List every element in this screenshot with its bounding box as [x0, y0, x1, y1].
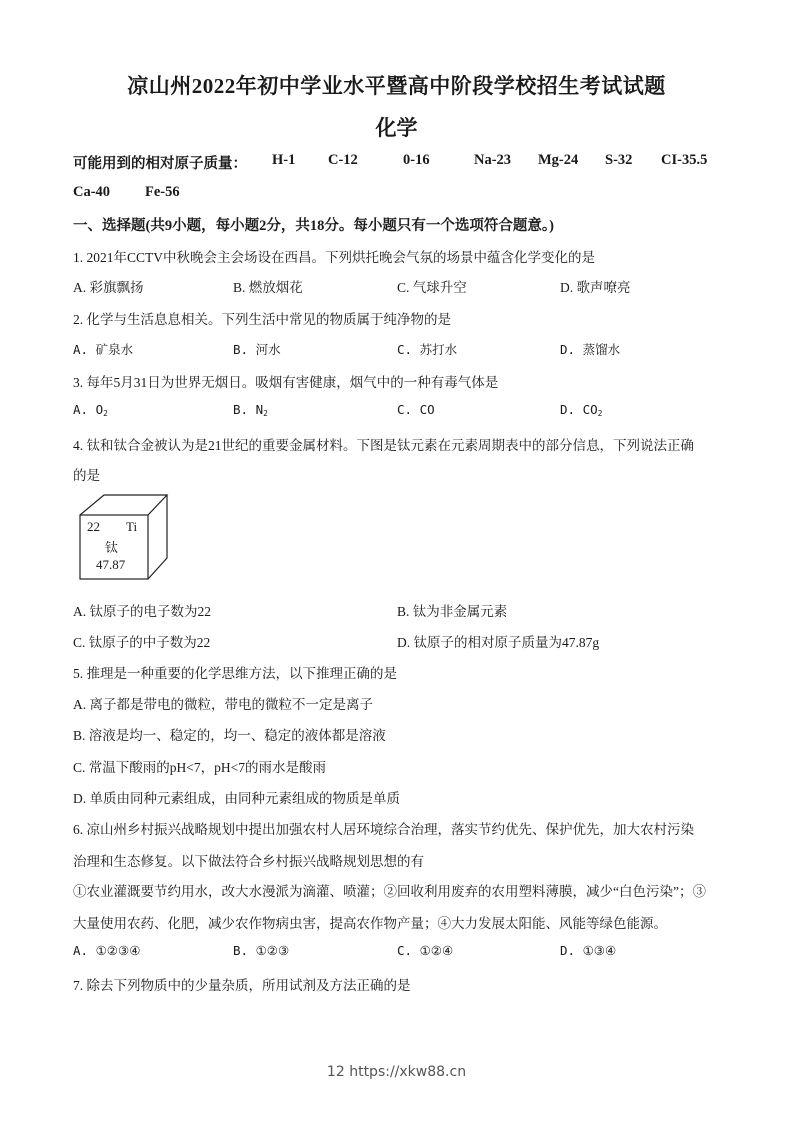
footer-url[interactable]: https://xkw88.cn — [349, 1064, 466, 1080]
option-text: C. CO — [397, 402, 435, 417]
question-2-option-d: D. 蒸馏水 — [560, 340, 620, 358]
atomic-mass: 47.87 — [96, 557, 125, 573]
question-5-stem: 5. 推理是一种重要的化学思维方法，以下推理正确的是 — [73, 662, 397, 682]
question-4-stem-line1: 4. 钛和钛合金被认为是21世纪的重要金属材料。下图是钛元素在元素周期表中的部分… — [73, 434, 694, 454]
question-6-option-b: B. ①②③ — [233, 943, 289, 958]
question-4-option-b: B. 钛为非金属元素 — [397, 600, 507, 620]
option-text: A. O — [73, 402, 103, 417]
atomic-mass-item: Mg-24 — [538, 152, 578, 169]
question-6-option-d: D. ①③④ — [560, 943, 616, 958]
question-5-option-d: D. 单质由同种元素组成，由同种元素组成的物质是单质 — [73, 787, 400, 807]
page-footer: 12 https://xkw88.cn — [0, 1064, 793, 1080]
question-3-option-b: B. N2 — [233, 402, 268, 418]
subscript: 2 — [598, 409, 603, 418]
page-number: 12 — [327, 1064, 345, 1080]
question-4-option-a: A. 钛原子的电子数为22 — [73, 600, 211, 620]
question-4-option-c: C. 钛原子的中子数为22 — [73, 631, 210, 651]
atomic-mass-item: Fe-56 — [145, 184, 180, 201]
cube-outline-icon — [72, 490, 182, 585]
titanium-element-cube: 22 Ti 钛 47.87 — [72, 490, 182, 585]
question-6-stem-line2: 治理和生态修复。以下做法符合乡村振兴战略规划思想的有 — [73, 850, 424, 870]
question-6-option-c: C. ①②④ — [397, 943, 453, 958]
atomic-mass-label: 可能用到的相对原子质量： — [73, 152, 247, 173]
atomic-mass-item: Ca-40 — [73, 184, 110, 201]
subscript: 2 — [263, 409, 268, 418]
question-1-option-b: B. 燃放烟花 — [233, 276, 303, 296]
option-text: D. CO — [560, 402, 598, 417]
atomic-mass-item: C-12 — [328, 152, 358, 169]
question-5-option-c: C. 常温下酸雨的pH<7，pH<7的雨水是酸雨 — [73, 756, 326, 776]
atomic-mass-item: Na-23 — [474, 152, 511, 169]
question-2-option-a: A. 矿泉水 — [73, 340, 133, 358]
question-1-option-d: D. 歌声嘹亮 — [560, 276, 631, 296]
atomic-number: 22 — [87, 519, 100, 535]
question-1-stem: 1. 2021年CCTV中秋晚会主会场设在西昌。下列烘托晚会气氛的场景中蕴含化学… — [73, 246, 595, 266]
exam-subject: 化学 — [0, 112, 793, 142]
question-5-option-b: B. 溶液是均一、稳定的，均一、稳定的液体都是溶液 — [73, 724, 386, 744]
atomic-mass-item: S-32 — [605, 152, 632, 169]
subscript: 2 — [103, 409, 108, 418]
question-4-stem-line2: 的是 — [73, 464, 100, 484]
question-6-body-line2: 大量使用农药、化肥，减少农作物病虫害，提高农作物产量；④大力发展太阳能、风能等绿… — [73, 912, 667, 932]
question-5-option-a: A. 离子都是带电的微粒，带电的微粒不一定是离子 — [73, 693, 373, 713]
question-1-option-c: C. 气球升空 — [397, 276, 467, 296]
question-6-body-line1: ①农业灌溉要节约用水，改大水漫派为滴灌、喷灌；②回收利用废弃的农用塑料薄膜，减少… — [73, 880, 706, 900]
question-3-option-a: A. O2 — [73, 402, 108, 418]
element-name: 钛 — [105, 537, 118, 556]
section-heading: 一、选择题(共9小题，每小题2分，共18分。每小题只有一个选项符合题意。) — [73, 214, 554, 235]
question-6-option-a: A. ①②③④ — [73, 943, 140, 958]
question-3-option-c: C. CO — [397, 402, 435, 418]
question-2-option-c: C. 苏打水 — [397, 340, 457, 358]
atomic-mass-item: H-1 — [272, 152, 295, 169]
element-symbol: Ti — [126, 519, 137, 535]
question-2-stem: 2. 化学与生活息息相关。下列生活中常见的物质属于纯净物的是 — [73, 308, 451, 328]
exam-title: 凉山州2022年初中学业水平暨高中阶段学校招生考试试题 — [0, 70, 793, 100]
question-3-option-d: D. CO2 — [560, 402, 602, 418]
question-6-stem-line1: 6. 凉山州乡村振兴战略规划中提出加强农村人居环境综合治理，落实节约优先、保护优… — [73, 818, 694, 838]
question-1-option-a: A. 彩旗飘扬 — [73, 276, 144, 296]
question-7-stem: 7. 除去下列物质中的少量杂质，所用试剂及方法正确的是 — [73, 974, 411, 994]
option-text: B. N — [233, 402, 263, 417]
question-2-option-b: B. 河水 — [233, 340, 281, 358]
question-3-stem: 3. 每年5月31日为世界无烟日。吸烟有害健康，烟气中的一种有毒气体是 — [73, 371, 498, 391]
atomic-mass-item: CI-35.5 — [661, 152, 707, 169]
atomic-mass-item: 0-16 — [403, 152, 430, 169]
question-4-option-d: D. 钛原子的相对原子质量为47.87g — [397, 631, 599, 651]
